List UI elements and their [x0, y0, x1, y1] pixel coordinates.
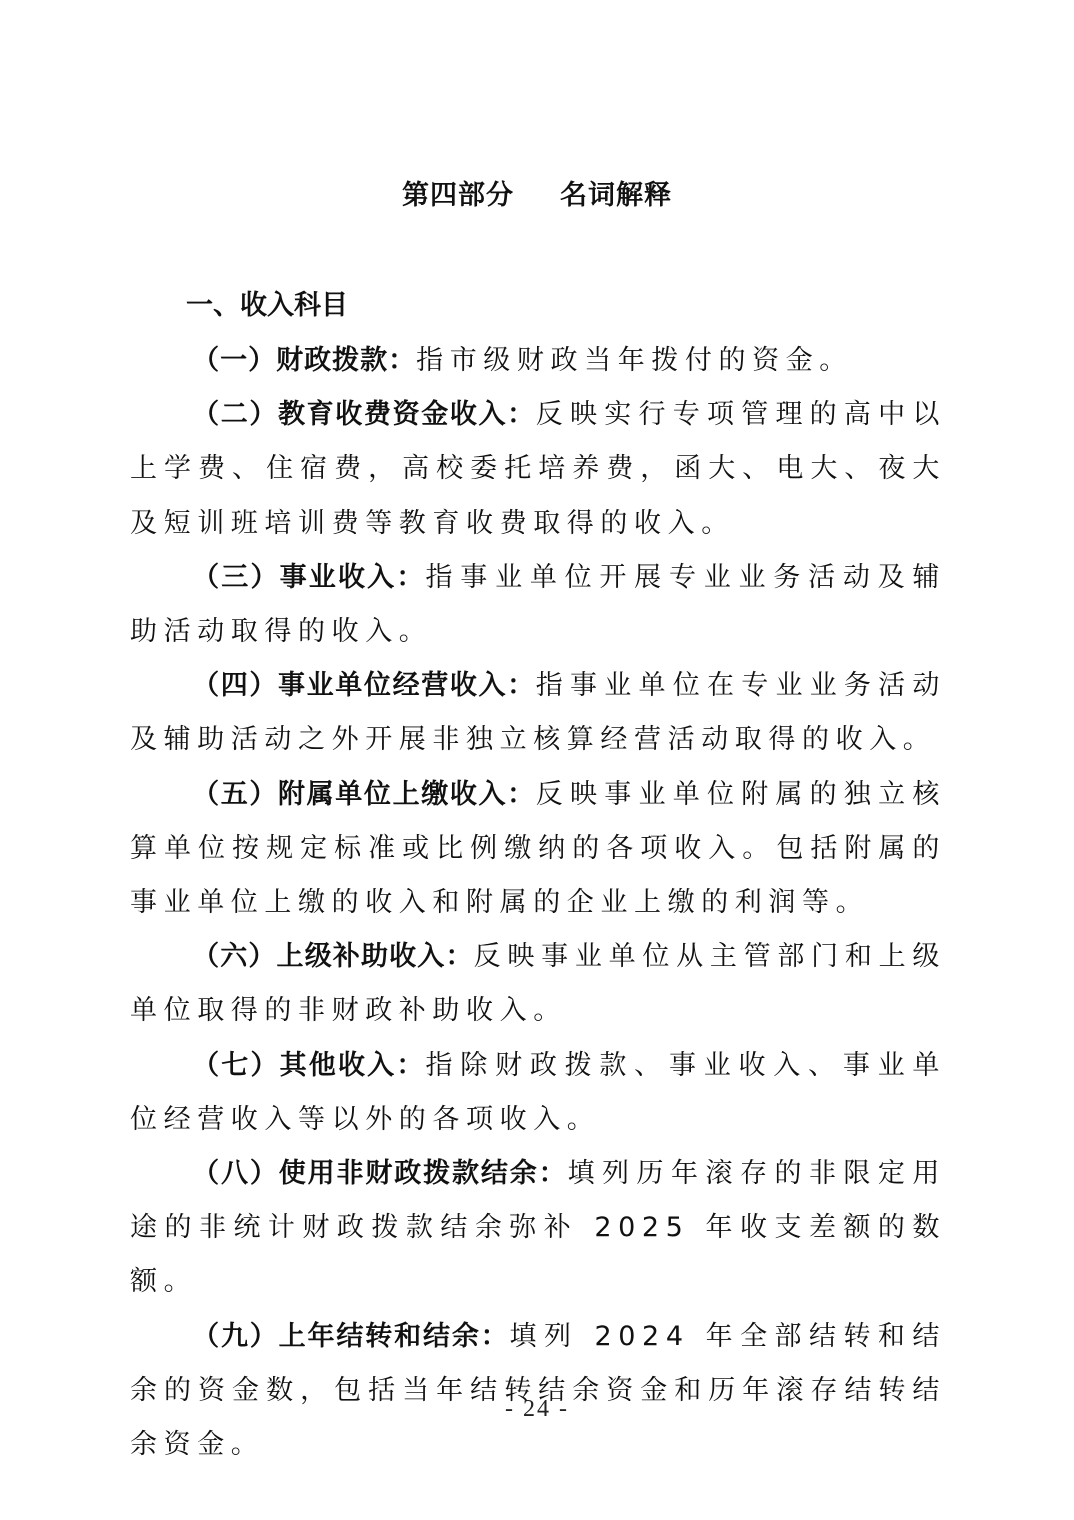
definition-item: （一）财政拨款：指市级财政当年拨付的资金。 [130, 334, 946, 388]
part-name: 名词解释 [560, 180, 672, 211]
definitions-list: （一）财政拨款：指市级财政当年拨付的资金。 （二）教育收费资金收入：反映实行专项… [130, 334, 946, 1472]
definition-item: （九）上年结转和结余：填列 2024 年全部结转和结余的资金数，包括当年结转结余… [130, 1310, 946, 1473]
document-page: 第四部分名词解释 一、收入科目 （一）财政拨款：指市级财政当年拨付的资金。 （二… [0, 0, 1074, 1520]
page-number: - 24 - [0, 1396, 1074, 1423]
part-title: 第四部分名词解释 [0, 172, 1074, 220]
section-heading: 一、收入科目 [186, 282, 348, 330]
definition-item: （四）事业单位经营收入：指事业单位在专业业务活动及辅助活动之外开展非独立核算经营… [130, 659, 946, 767]
definition-term: （五）附属单位上缴收入： [192, 779, 536, 810]
definition-term: （八）使用非财政拨款结余： [192, 1158, 567, 1189]
definition-term: （二）教育收费资金收入： [192, 399, 536, 430]
definition-item: （三）事业收入：指事业单位开展专业业务活动及辅助活动取得的收入。 [130, 551, 946, 659]
definition-term: （四）事业单位经营收入： [192, 670, 536, 701]
definition-text: 指市级财政当年拨付的资金。 [416, 345, 853, 376]
definition-term: （六）上级补助收入： [192, 941, 474, 972]
definition-term: （三）事业收入： [192, 562, 425, 593]
definition-term: （七）其他收入： [192, 1050, 425, 1081]
definition-term: （一）财政拨款： [192, 345, 416, 376]
definition-item: （六）上级补助收入：反映事业单位从主管部门和上级单位取得的非财政补助收入。 [130, 930, 946, 1038]
definition-item: （七）其他收入：指除财政拨款、事业收入、事业单位经营收入等以外的各项收入。 [130, 1039, 946, 1147]
part-number: 第四部分 [402, 180, 514, 211]
definition-term: （九）上年结转和结余： [192, 1321, 509, 1352]
definition-item: （五）附属单位上缴收入：反映事业单位附属的独立核算单位按规定标准或比例缴纳的各项… [130, 768, 946, 931]
definition-item: （八）使用非财政拨款结余：填列历年滚存的非限定用途的非统计财政拨款结余弥补 20… [130, 1147, 946, 1310]
definition-item: （二）教育收费资金收入：反映实行专项管理的高中以上学费、住宿费，高校委托培养费，… [130, 388, 946, 551]
